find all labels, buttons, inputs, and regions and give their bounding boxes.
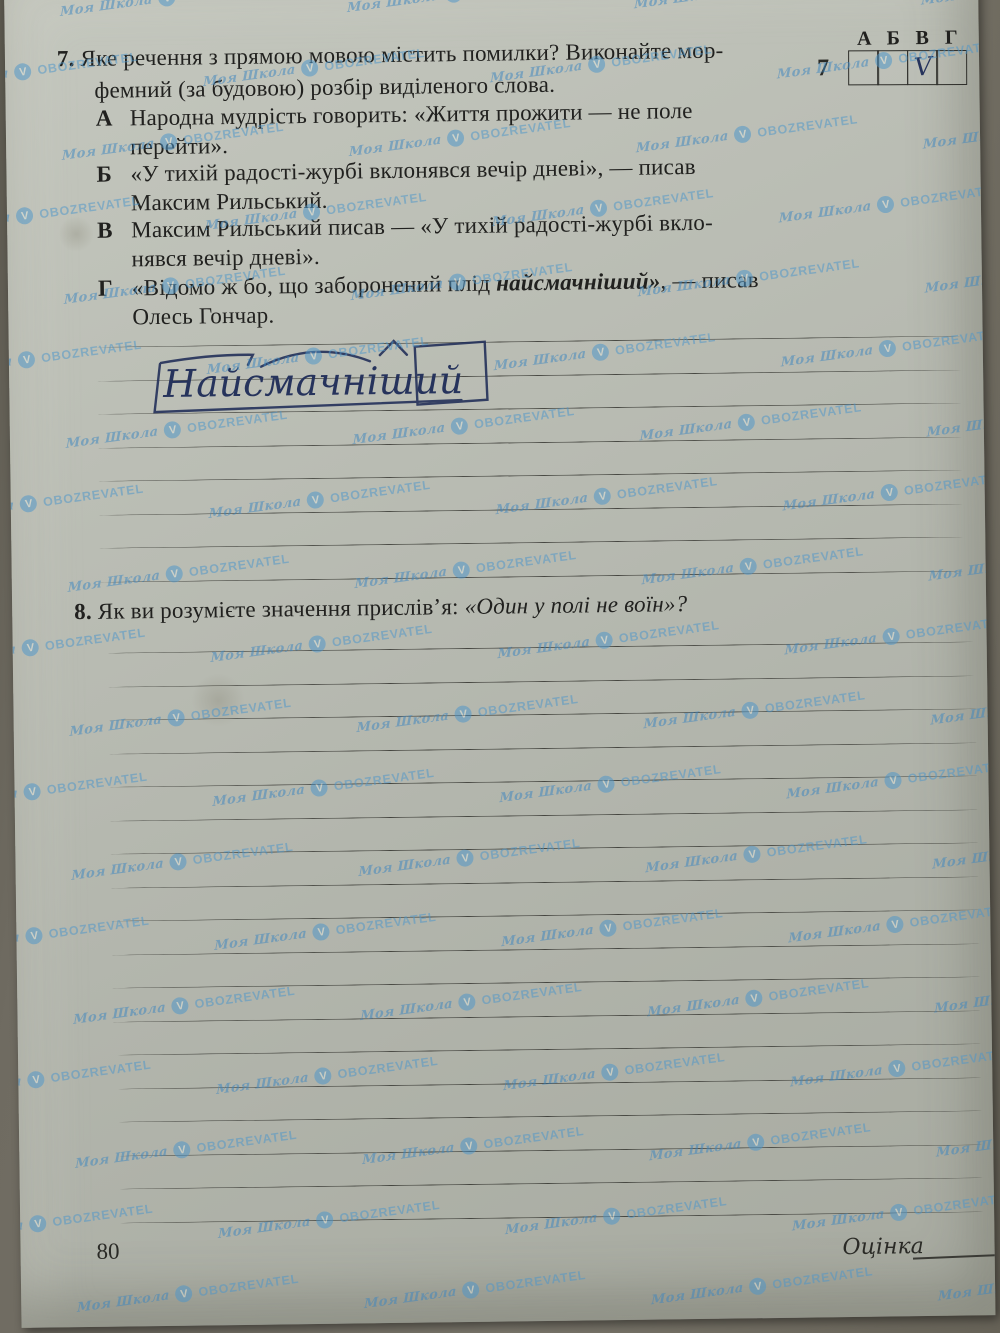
obozrevatel-logo-icon: V xyxy=(462,1280,481,1299)
ruled-line xyxy=(108,641,976,653)
watermark: Моя ШколаVOBOZREVATEL xyxy=(4,1273,13,1320)
handwritten-morpheme-analysis: Найсмачніший xyxy=(149,338,498,425)
watermark-school-name: Моя Школа xyxy=(921,0,995,9)
option-g-letter: Г xyxy=(98,276,113,302)
watermark-brand: OBOZREVATEL xyxy=(771,1264,873,1292)
watermark: Моя ШколаVOBOZREVATEL xyxy=(4,697,6,744)
watermark-school-name: Моя Школа xyxy=(4,210,11,238)
answer-grid-header: А Б В Г xyxy=(850,26,966,51)
answer-grid-col-v: В xyxy=(908,27,937,50)
handwritten-word: Найсмачніший xyxy=(162,358,464,406)
ruled-line xyxy=(113,1010,981,1022)
obozrevatel-logo-icon: V xyxy=(445,0,464,4)
option-g-line2: Олесь Гончар. xyxy=(132,302,274,330)
obozrevatel-logo-icon: V xyxy=(17,350,36,369)
obozrevatel-logo-icon: V xyxy=(748,1277,767,1296)
obozrevatel-logo-icon: V xyxy=(29,1214,48,1233)
watermark-brand: OBOZREVATEL xyxy=(484,1267,586,1295)
ruled-line xyxy=(109,775,977,787)
ruled-line xyxy=(100,570,966,582)
obozrevatel-logo-icon: V xyxy=(25,926,44,945)
obozrevatel-logo-icon: V xyxy=(19,494,38,513)
watermark-brand: OBOZREVATEL xyxy=(758,256,860,284)
obozrevatel-logo-icon: V xyxy=(446,129,465,148)
option-a-letter: А xyxy=(96,106,113,132)
watermark-school-name: Моя Школа xyxy=(634,0,727,12)
ruled-line xyxy=(114,1144,982,1156)
ruled-line xyxy=(110,842,978,854)
watermark-brand: OBOZREVATEL xyxy=(618,618,720,646)
watermark-school-name: Моя Школа xyxy=(4,930,20,958)
ruled-line xyxy=(109,742,977,754)
watermark: Моя ШколаVOBOZREVATEL xyxy=(924,251,996,298)
watermark-school-name: Моя Школа xyxy=(938,1277,995,1305)
watermark-school-name: Моя Школа xyxy=(60,0,153,20)
watermark-school-name: Моя Школа xyxy=(4,354,13,382)
watermark-brand: OBOZREVATEL xyxy=(899,182,995,210)
answer-cell-b xyxy=(878,50,909,85)
highlighted-word: найсмачніший» xyxy=(496,268,661,295)
option-a-line2: перейти». xyxy=(130,133,228,160)
proverb-italic: «Один у полі не воїн»? xyxy=(464,591,687,619)
paper-stain xyxy=(59,215,93,253)
watermark-school-name: Моя Школа xyxy=(349,132,442,160)
scanned-workbook-photo: 7 А Б В Г V 7. Яке речення з прямою мово… xyxy=(0,0,1000,1333)
watermark-school-name: Моя Школа xyxy=(347,0,440,16)
watermark-school-name: Моя Школа xyxy=(364,1284,457,1312)
page-number: 80 xyxy=(96,1239,119,1265)
answer-grid-col-g: Г xyxy=(937,26,966,49)
watermark-school-name: Моя Школа xyxy=(925,269,996,297)
ruled-line xyxy=(114,1110,982,1122)
watermark-brand: OBOZREVATEL xyxy=(331,621,433,649)
watermark: Моя ШколаVOBOZREVATEL xyxy=(59,0,283,21)
option-v-line2: нявся вечір дневі». xyxy=(131,244,320,272)
watermark-brand: OBOZREVATEL xyxy=(4,987,9,1015)
watermark: Моя ШколаVOBOZREVATEL xyxy=(920,0,996,10)
answer-lines-q8 xyxy=(108,641,984,1232)
workbook-page: 7 А Б В Г V 7. Яке речення з прямою мово… xyxy=(4,0,995,1328)
watermark: Моя ШколаVOBOZREVATEL xyxy=(633,0,857,13)
obozrevatel-logo-icon: V xyxy=(23,782,42,801)
ruled-line xyxy=(113,1077,981,1089)
option-b-line2: Максим Рильський. xyxy=(131,188,328,217)
watermark-school-name: Моя Школа xyxy=(4,642,16,670)
ruled-line xyxy=(98,436,964,448)
watermark: Моя ШколаVOBOZREVATEL xyxy=(363,1266,587,1313)
answer-grid-col-b: Б xyxy=(879,27,908,50)
option-b-letter: Б xyxy=(96,162,112,188)
watermark-brand: OBOZREVATEL xyxy=(4,699,5,727)
ruled-line xyxy=(112,943,980,955)
watermark: Моя ШколаVOBOZREVATEL xyxy=(4,1129,11,1176)
obozrevatel-logo-icon: V xyxy=(158,0,177,7)
watermark: Моя ШколаVOBOZREVATEL xyxy=(346,0,570,17)
watermark-school-name: Моя Школа xyxy=(4,1074,22,1102)
ruled-line xyxy=(99,536,965,548)
answer-grid-cells: V xyxy=(848,50,966,85)
ruled-line xyxy=(110,809,978,821)
obozrevatel-logo-icon: V xyxy=(876,195,895,214)
option-v-letter: В xyxy=(97,218,113,244)
watermark-school-name: Моя Школа xyxy=(77,1288,170,1316)
watermark: Моя ШколаVOBOZREVATEL xyxy=(922,107,996,154)
watermark: Моя ШколаVOBOZREVATEL xyxy=(650,1262,874,1309)
obozrevatel-logo-icon: V xyxy=(21,638,40,657)
obozrevatel-logo-icon: V xyxy=(15,206,34,225)
ruled-line xyxy=(115,1211,983,1223)
watermark-school-name: Моя Школа xyxy=(923,125,996,153)
obozrevatel-logo-icon: V xyxy=(14,62,33,81)
grade-blank-line xyxy=(912,1235,995,1259)
obozrevatel-logo-icon: V xyxy=(175,1284,194,1303)
watermark-brand: OBOZREVATEL xyxy=(4,1275,13,1303)
watermark: Моя ШколаVOBOZREVATEL xyxy=(778,180,996,227)
watermark-brand: OBOZREVATEL xyxy=(198,1271,300,1299)
watermark-brand: OBOZREVATEL xyxy=(756,112,858,140)
watermark: Моя ШколаVOBOZREVATEL xyxy=(4,985,9,1032)
obozrevatel-logo-icon: V xyxy=(27,1070,46,1089)
answer-cell-g xyxy=(936,50,967,85)
question8-number: 8. xyxy=(74,599,92,624)
question7-line1: 7. Яке речення з прямою мовою містить по… xyxy=(57,38,724,73)
option-g-line1: Г «Відомо ж бо, що заборонений плід найс… xyxy=(132,267,759,301)
answer-grid-col-a: А xyxy=(850,28,879,51)
obozrevatel-logo-icon: V xyxy=(733,125,752,144)
watermark: Моя ШколаVOBOZREVATEL xyxy=(76,1270,300,1317)
watermark: Моя ШколаVOBOZREVATEL xyxy=(937,1258,996,1305)
watermark-school-name: Моя Школа xyxy=(636,129,729,157)
watermark-brand: OBOZREVATEL xyxy=(905,614,996,642)
watermark-school-name: Моя Школа xyxy=(4,498,14,526)
ruled-line xyxy=(99,503,965,515)
ruled-line xyxy=(112,976,980,988)
watermark-school-name: Моя Школа xyxy=(4,1218,24,1246)
answer-cell-a xyxy=(848,50,879,85)
watermark-school-name: Моя Школа xyxy=(4,66,9,94)
question7-number: 7. xyxy=(57,46,75,71)
handwritten-checkmark: V xyxy=(913,51,934,82)
watermark-brand: OBOZREVATEL xyxy=(38,193,140,221)
ruled-line xyxy=(115,1177,983,1189)
question7-line2: фемний (за будовою) розбір виділеного сл… xyxy=(94,72,555,104)
ruled-line xyxy=(113,1043,981,1055)
watermark: Моя ШколаVOBOZREVATEL xyxy=(4,841,7,888)
watermark-school-name: Моя Школа xyxy=(779,199,872,227)
option-a-line1: А Народна мудрість говорить: «Життя прож… xyxy=(130,98,693,131)
answer-cell-v: V xyxy=(907,50,938,85)
ruled-line xyxy=(98,469,964,481)
watermark-school-name: Моя Школа xyxy=(4,786,18,814)
watermark-brand: OBOZREVATEL xyxy=(4,1131,11,1159)
ruled-line xyxy=(111,876,979,888)
watermark-school-name: Моя Школа xyxy=(651,1281,744,1309)
watermark-brand: OBOZREVATEL xyxy=(4,843,7,871)
watermark-brand: OBOZREVATEL xyxy=(181,0,283,3)
ruled-line xyxy=(111,909,979,921)
answer-grid-row-label: 7 xyxy=(817,55,829,82)
watermark-brand: OBOZREVATEL xyxy=(44,625,146,653)
